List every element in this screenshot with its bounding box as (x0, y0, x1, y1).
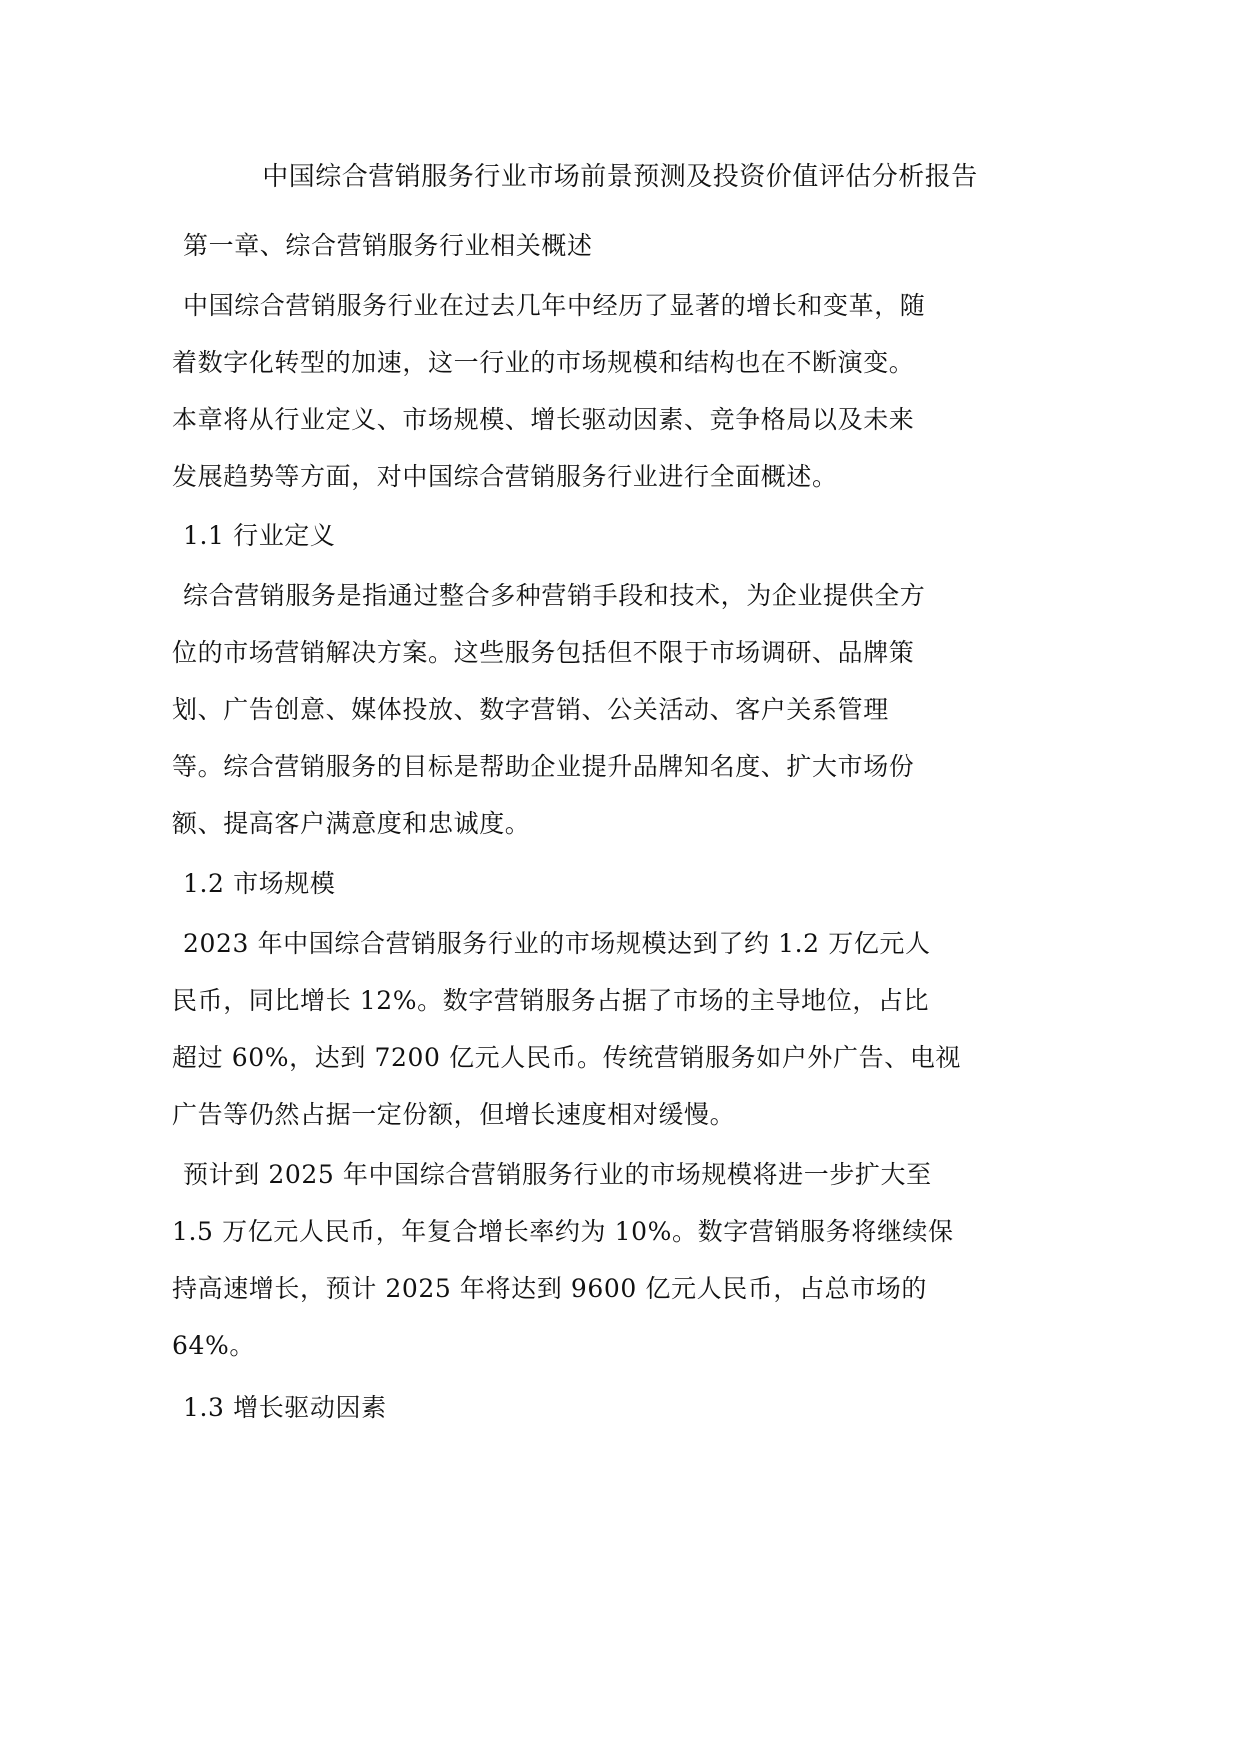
text-line: 1.5 万亿元人民币，年复合增长率约为 10%。数字营销服务将继续保 (172, 1216, 942, 1248)
text-line: 预计到 2025 年中国综合营销服务行业的市场规模将进一步扩大至 (183, 1159, 953, 1191)
section-heading-1-2: 1.2 市场规模 (183, 868, 953, 900)
text-line: 额、提高客户满意度和忠诚度。 (172, 808, 942, 840)
chapter-heading: 第一章、综合营销服务行业相关概述 (183, 230, 953, 262)
text-line: 着数字化转型的加速，这一行业的市场规模和结构也在不断演变。 (172, 347, 942, 379)
section-heading-1-1: 1.1 行业定义 (183, 520, 953, 552)
document-page: 中国综合营销服务行业市场前景预测及投资价值评估分析报告 第一章、综合营销服务行业… (0, 0, 1240, 1753)
text-line: 综合营销服务是指通过整合多种营销手段和技术，为企业提供全方 (183, 580, 953, 612)
text-line: 中国综合营销服务行业在过去几年中经历了显著的增长和变革，随 (183, 290, 953, 322)
text-line: 划、广告创意、媒体投放、数字营销、公关活动、客户关系管理 (172, 694, 942, 726)
text-line: 2023 年中国综合营销服务行业的市场规模达到了约 1.2 万亿元人 (183, 928, 953, 960)
text-line: 等。综合营销服务的目标是帮助企业提升品牌知名度、扩大市场份 (172, 751, 942, 783)
text-line: 广告等仍然占据一定份额，但增长速度相对缓慢。 (172, 1099, 942, 1131)
text-line: 持高速增长，预计 2025 年将达到 9600 亿元人民币，占总市场的 (172, 1273, 942, 1305)
text-line: 本章将从行业定义、市场规模、增长驱动因素、竞争格局以及未来 (172, 404, 942, 436)
text-line: 位的市场营销解决方案。这些服务包括但不限于市场调研、品牌策 (172, 637, 942, 669)
text-line: 发展趋势等方面，对中国综合营销服务行业进行全面概述。 (172, 461, 942, 493)
text-line: 超过 60%，达到 7200 亿元人民币。传统营销服务如户外广告、电视 (172, 1042, 942, 1074)
text-line: 64%。 (172, 1330, 942, 1362)
document-title: 中国综合营销服务行业市场前景预测及投资价值评估分析报告 (0, 160, 1240, 194)
section-heading-1-3: 1.3 增长驱动因素 (183, 1392, 953, 1424)
text-line: 民币，同比增长 12%。数字营销服务占据了市场的主导地位，占比 (172, 985, 942, 1017)
